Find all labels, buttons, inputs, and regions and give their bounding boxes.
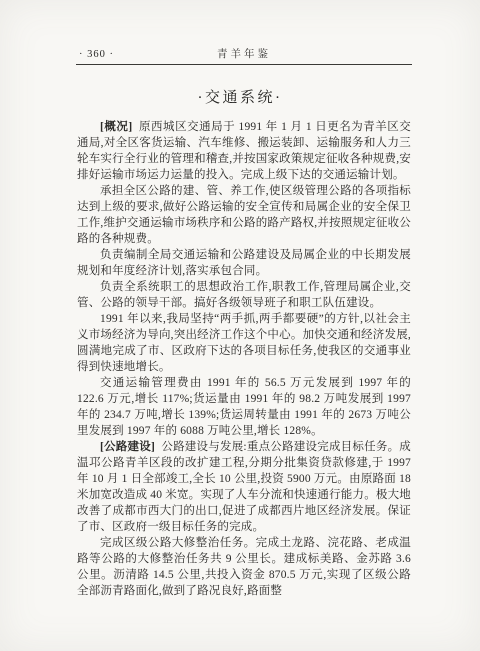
paragraph-overview: [概况]原西城区交通局于 1991 年 1 月 1 日更名为青羊区交通局,对全区… bbox=[77, 119, 411, 183]
paragraph: 负责编制全局交通运输和公路建设及局属企业的中长期发展规划和年度经济计划,落实承包… bbox=[77, 247, 411, 279]
paragraph-text: 公路建设与发展:重点公路建设完成目标任务。成温邛公路青羊区段的改扩建工程,分期分… bbox=[77, 441, 411, 533]
paragraph: 完成区级公路大修整治任务。完成土龙路、浣花路、老成温路等公路的大修整治任务共 9… bbox=[77, 535, 411, 599]
paragraph: 承担全区公路的建、管、养工作,使区级管理公路的各项指标达到上级的要求,做好公路运… bbox=[77, 183, 411, 247]
paragraph-road-construction: [公路建设]公路建设与发展:重点公路建设完成目标任务。成温邛公路青羊区段的改扩建… bbox=[77, 439, 411, 535]
scanned-yearbook-page: · 360 · 青羊年鉴 ·交通系统· [概况]原西城区交通局于 1991 年 … bbox=[0, 0, 480, 651]
paragraph-tag: [概况] bbox=[100, 121, 139, 133]
paragraph-text: 负责编制全局交通运输和公路建设及局属企业的中长期发展规划和年度经济计划,落实承包… bbox=[77, 249, 411, 277]
paragraph-text: 负责全系统职工的思想政治工作,职教工作,管理局属企业,交管、公路的领导干部。搞好… bbox=[77, 281, 411, 309]
paragraph-tag: [公路建设] bbox=[100, 441, 161, 453]
paragraph-text: 完成区级公路大修整治任务。完成土龙路、浣花路、老成温路等公路的大修整治任务共 9… bbox=[77, 537, 411, 597]
paragraph-text: 1991 年以来,我局坚持“两手抓,两手都要硬”的方针,以社会主义市场经济为导向… bbox=[77, 313, 411, 373]
section-title: ·交通系统· bbox=[0, 86, 480, 107]
book-title: 青羊年鉴 bbox=[77, 47, 411, 62]
paragraph-text: 承担全区公路的建、管、养工作,使区级管理公路的各项指标达到上级的要求,做好公路运… bbox=[77, 185, 411, 245]
paragraph: 交通运输管理费由 1991 年的 56.5 万元发展到 1997 年的 122.… bbox=[77, 375, 411, 439]
running-head: · 360 · 青羊年鉴 bbox=[77, 47, 411, 62]
article-body: [概况]原西城区交通局于 1991 年 1 月 1 日更名为青羊区交通局,对全区… bbox=[77, 119, 411, 599]
header-rule bbox=[76, 64, 412, 65]
paragraph-text: 交通运输管理费由 1991 年的 56.5 万元发展到 1997 年的 122.… bbox=[77, 377, 411, 437]
paragraph: 负责全系统职工的思想政治工作,职教工作,管理局属企业,交管、公路的领导干部。搞好… bbox=[77, 279, 411, 311]
paragraph: 1991 年以来,我局坚持“两手抓,两手都要硬”的方针,以社会主义市场经济为导向… bbox=[77, 311, 411, 375]
